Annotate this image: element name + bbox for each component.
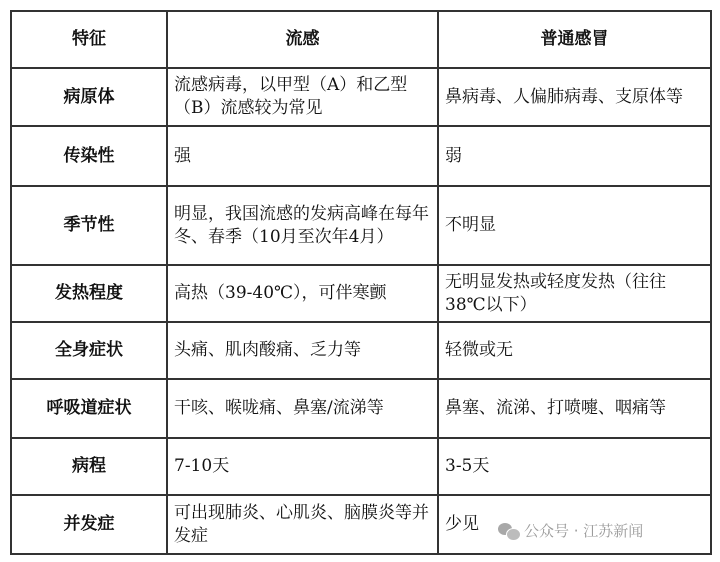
flu-cell: 7-10天 — [167, 438, 438, 495]
watermark-text: 公众号 · 江苏新闻 — [524, 520, 643, 541]
flu-cell: 可出现肺炎、心肌炎、脑膜炎等并发症 — [167, 495, 438, 554]
flu-cell: 明显，我国流感的发病高峰在每年冬、春季（10月至次年4月） — [167, 186, 438, 265]
feature-cell: 病原体 — [11, 68, 167, 126]
table-row: 传染性 强 弱 — [11, 126, 711, 186]
comparison-table: 特征 流感 普通感冒 病原体 流感病毒，以甲型（A）和乙型（B）流感较为常见 鼻… — [10, 10, 712, 555]
header-cold: 普通感冒 — [438, 11, 711, 68]
table-row: 全身症状 头痛、肌肉酸痛、乏力等 轻微或无 — [11, 322, 711, 379]
feature-cell: 发热程度 — [11, 265, 167, 322]
cold-cell: 鼻塞、流涕、打喷嚏、咽痛等 — [438, 379, 711, 438]
table-row: 病程 7-10天 3-5天 — [11, 438, 711, 495]
flu-cell: 强 — [167, 126, 438, 186]
table-row: 季节性 明显，我国流感的发病高峰在每年冬、春季（10月至次年4月） 不明显 — [11, 186, 711, 265]
wechat-icon — [498, 522, 520, 540]
header-flu: 流感 — [167, 11, 438, 68]
table-row: 发热程度 高热（39-40℃），可伴寒颤 无明显发热或轻度发热（往往38℃以下） — [11, 265, 711, 322]
feature-cell: 呼吸道症状 — [11, 379, 167, 438]
feature-cell: 并发症 — [11, 495, 167, 554]
cold-cell: 不明显 — [438, 186, 711, 265]
header-row: 特征 流感 普通感冒 — [11, 11, 711, 68]
cold-cell: 无明显发热或轻度发热（往往38℃以下） — [438, 265, 711, 322]
flu-cell: 干咳、喉咙痛、鼻塞/流涕等 — [167, 379, 438, 438]
header-feature: 特征 — [11, 11, 167, 68]
flu-cell: 流感病毒，以甲型（A）和乙型（B）流感较为常见 — [167, 68, 438, 126]
feature-cell: 传染性 — [11, 126, 167, 186]
feature-cell: 全身症状 — [11, 322, 167, 379]
table-row: 病原体 流感病毒，以甲型（A）和乙型（B）流感较为常见 鼻病毒、人偏肺病毒、支原… — [11, 68, 711, 126]
table-row: 呼吸道症状 干咳、喉咙痛、鼻塞/流涕等 鼻塞、流涕、打喷嚏、咽痛等 — [11, 379, 711, 438]
feature-cell: 季节性 — [11, 186, 167, 265]
feature-cell: 病程 — [11, 438, 167, 495]
cold-cell: 轻微或无 — [438, 322, 711, 379]
flu-cell: 高热（39-40℃），可伴寒颤 — [167, 265, 438, 322]
flu-cell: 头痛、肌肉酸痛、乏力等 — [167, 322, 438, 379]
cold-cell: 弱 — [438, 126, 711, 186]
watermark: 公众号 · 江苏新闻 — [498, 520, 643, 541]
cold-cell: 3-5天 — [438, 438, 711, 495]
cold-cell: 鼻病毒、人偏肺病毒、支原体等 — [438, 68, 711, 126]
